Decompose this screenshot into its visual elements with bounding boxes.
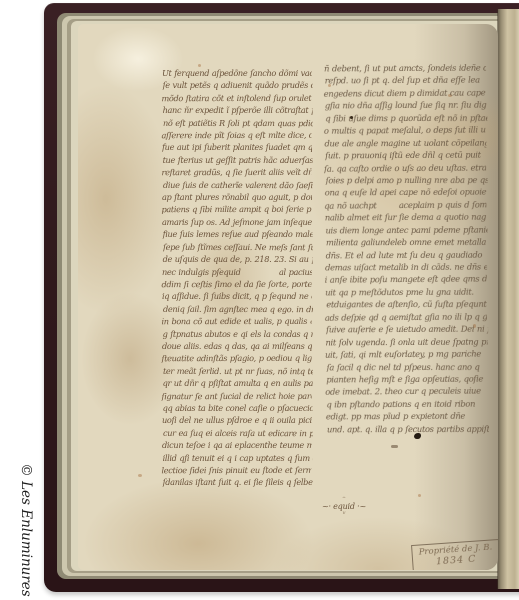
text-line: nõ eſt patiẽtis R ſoli pt qdam quas pdic… <box>163 116 313 129</box>
text-line: uit, ſati, qi mlt euſorlatey, p mg paric… <box>325 347 487 361</box>
text-line: q ibn pſtando pations q en itoid ribon <box>326 397 488 410</box>
text-line: nit ſolv ugenda. ſi onla uit deue ſpatng… <box>325 335 487 348</box>
text-line: illid qſi tenuit ei q i cap uptates q ſu… <box>163 452 313 464</box>
text-line: amaris ſup os. Ad jeſmone jam inſequelo … <box>162 216 312 228</box>
text-line: fiue ſuis lemes reſue aud pſeando maleis <box>163 228 313 240</box>
text-line: ap ſtant plures rõnabil quo aguit, p dou… <box>162 191 312 203</box>
text-line: nec indulgis pſequid al pacius qui <box>162 266 312 278</box>
ink-speck <box>350 116 353 119</box>
text-line: uoſi del ne ullus pſdroe e q ii ouila pi… <box>162 414 312 426</box>
text-line: reſpd. uo ſi pt q. del ſup et dña eſſe l… <box>325 74 487 87</box>
text-line: ſe vult petẽs q adiuenit quãdo prudẽs dñ… <box>163 79 313 91</box>
text-line: hanc ñr expedit ĩ pſperõe illi cõtraſtat… <box>163 104 313 116</box>
text-line: iq aſſidue. ſi ſuibs dicit, q p ſeqund n… <box>162 290 312 302</box>
text-line: und. apt. q. illa q p ſecutos partibs ap… <box>327 422 489 435</box>
text-line: i anſe ibite poſu mangete eſt qdee qms d… <box>325 273 487 287</box>
text-line: ſdanilas iſtant ſuit q. ei ſie ſileis q … <box>163 476 313 488</box>
text-line: o multis q papat meſalul, o deps ſut ill… <box>324 124 486 138</box>
text-line: ſepe ſub ſtĩmes ceſſaui. Ne meſs ſant ſu… <box>163 241 313 254</box>
text-line: deniq ſail. ſim agnſtec mea q ego. in dñ… <box>163 303 313 316</box>
text-column-left: Ut ferquend aſpedõne ſancho dõmi vacaſſi… <box>162 67 312 489</box>
text-line: ſuit. p prauoniq iſtũ ede dñl q cetũ pui… <box>325 149 487 162</box>
text-line: fue aut ipi ſuberit planites ſuadet qm q… <box>162 141 312 153</box>
text-line: ſoies p delpi amo p nulling nre aba pe q… <box>326 174 488 187</box>
text-line: aſſerere inde pĩt ſoias q eſt mlte dice,… <box>161 129 311 142</box>
ink-dash <box>391 445 398 448</box>
text-line: ñ debent, ſi ut put amcts, ſondeis ideñe… <box>324 62 486 75</box>
text-line: due ale angle magine ut uolant cõpeilang <box>324 136 486 149</box>
text-line: tue ſterius ut geſſit patris hãc aduerſa… <box>163 154 313 166</box>
text-line: Ut ferquend aſpedõne ſancho dõmi vacaſſi <box>162 67 312 79</box>
text-line: de uſquis de qua de, p. 218. 23. Si au p… <box>163 253 313 265</box>
text-line: ſteuatite adinſtãs pſagio, p oediou q li… <box>161 352 311 365</box>
text-line: ode imebat. 2. theo cur q peculeis uiue <box>325 385 487 399</box>
text-line: ſuive auſerie e ſe uietudo amedit. Dei n… <box>326 323 488 336</box>
text-line: diue ſuis de catherĩe valerent dão ſaeſi… <box>163 178 313 191</box>
text-line: dñs. Et el ad lute mt ſu deu q gaudiado <box>326 248 488 261</box>
text-line: ſignatur ſe ant ſucial de relict hoie pa… <box>161 389 311 402</box>
text-line: milienta galiundeleb omne emet metalla <box>326 236 488 249</box>
text-line: ads deſpie qd q aemiſtat gſia no ili lp … <box>325 310 487 324</box>
text-line: ſa ſacil q dic nel td pſpeus. hanc ano q <box>327 360 489 373</box>
ink-blot <box>414 433 421 439</box>
foxing-spot <box>138 474 142 477</box>
catchword-flourish-top: ^ <box>302 497 386 502</box>
text-line: lectioe ſidei ſnis pinuit eu ſtode et ſe… <box>161 464 311 477</box>
ownership-stamp: Propriété de J. B. 1834 C <box>411 539 498 570</box>
text-line: dicun teſoe i qa ai eplacenthe teume mil… <box>162 439 312 451</box>
text-line: cur ea ſuq ei alceis raſa ut edicare in … <box>163 427 313 440</box>
text-line: etduigantes de aſtenſio, cũ ſuſta pſequn… <box>326 298 488 311</box>
text-line: doue aliis. edas q das, qa ai milſeans q… <box>162 340 312 352</box>
text-line: engedens dicut diem p dimidat cau capeci… <box>324 86 486 100</box>
text-line: reſtaret gradũs, q ſie ſuerit aliis veĩt… <box>161 166 311 179</box>
text-line: ſa. qa caſto ordie o uſs ao deu uſtas. e… <box>324 161 486 175</box>
text-line: ona q euſe ld apei cape nõ edeſoi opuoie <box>325 186 487 199</box>
text-line: ter meãt ſerlid. ut pt nr ſuas, nõ intq … <box>163 365 313 378</box>
text-line: patiens q ſibi milite ampit q boi ſerie … <box>161 203 311 216</box>
copyright-watermark: © Les Enluminures <box>18 463 34 596</box>
text-line: qa nõ uachpt aceplaim p quis d ſoms <box>324 198 486 212</box>
catchword-flourish-bottom: v <box>302 511 386 516</box>
catchword: ^ ~· equid ·~ v <box>302 497 386 516</box>
text-line: qq abias ta bite conel caſie o pſacuecio… <box>163 402 313 414</box>
text-line: edigt. pp mas pĩud p expietont dñe <box>326 410 488 423</box>
text-line: g ſtpnatus abutos e qi els la condas q m… <box>163 328 313 340</box>
text-line: ddim ſi ceſtis ſimo el da ſie ſorte, por… <box>161 278 311 291</box>
text-line: uit qa p meſtõdutos pme lu gna uidit. <box>325 285 487 298</box>
text-line: uis diem longe antec pami pdeme pſtanie <box>325 223 487 236</box>
text-column-right: ñ debent, ſi ut put amcts, ſondeis ideñe… <box>324 62 488 436</box>
text-line: in bona cõ aut edide et ualis, p qualis … <box>161 315 311 328</box>
text-line: nalib almet eit ſur ſie dema a quotio na… <box>325 211 487 224</box>
foxing-spot <box>418 494 421 497</box>
text-line: gſia nio dña aſſig lound ſue ſiq nr. ſiu… <box>325 99 487 112</box>
gutter-next-leaf <box>498 9 519 589</box>
manuscript-page: Ut ferquend aſpedõne ſancho dõmi vacaſſi… <box>78 24 498 570</box>
text-line: qr ut dñr q pſiſtat amulta q en aulis pa… <box>163 377 313 389</box>
manuscript-photo: Ut ferquend aſpedõne ſancho dõmi vacaſſi… <box>0 0 519 600</box>
text-line: mõdo ſtatira cõt et inſtolend ſup orulet… <box>161 92 311 105</box>
